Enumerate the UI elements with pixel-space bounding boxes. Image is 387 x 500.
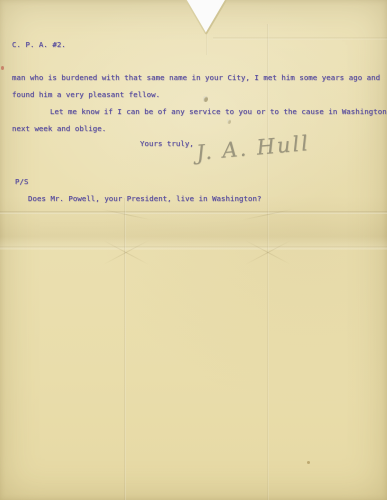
- paper-speck: [1, 66, 4, 70]
- letter-scan: C. P. A. #2. man who is burdened with th…: [0, 0, 387, 500]
- handwritten-signature: J. A. Hull: [195, 131, 311, 165]
- postscript-line: Does Mr. Powell, your President, live in…: [28, 194, 261, 203]
- fold-shadow-band: [0, 196, 387, 250]
- vertical-fold-crease-right: [267, 24, 269, 500]
- paper-speck: [227, 119, 231, 124]
- reference-number: C. P. A. #2.: [12, 40, 66, 49]
- body-line-2: found him a very pleasant fellow.: [12, 90, 160, 99]
- body-line-3: Let me know if I can be of any service t…: [50, 107, 387, 116]
- vertical-fold-crease-left: [124, 198, 126, 500]
- top-right-crease: [213, 37, 387, 40]
- closing-line: Yours truly,: [140, 139, 194, 148]
- horizontal-fold-crease: [0, 211, 387, 214]
- paper-speck: [203, 96, 208, 102]
- torn-notch: [183, 0, 229, 37]
- body-line-1: man who is burdened with that same name …: [12, 73, 380, 82]
- body-line-4: next week and oblige.: [12, 124, 106, 133]
- paper-speck: [307, 461, 310, 464]
- postscript-label: P/S: [15, 177, 28, 186]
- horizontal-fold-crease-soft: [0, 246, 387, 249]
